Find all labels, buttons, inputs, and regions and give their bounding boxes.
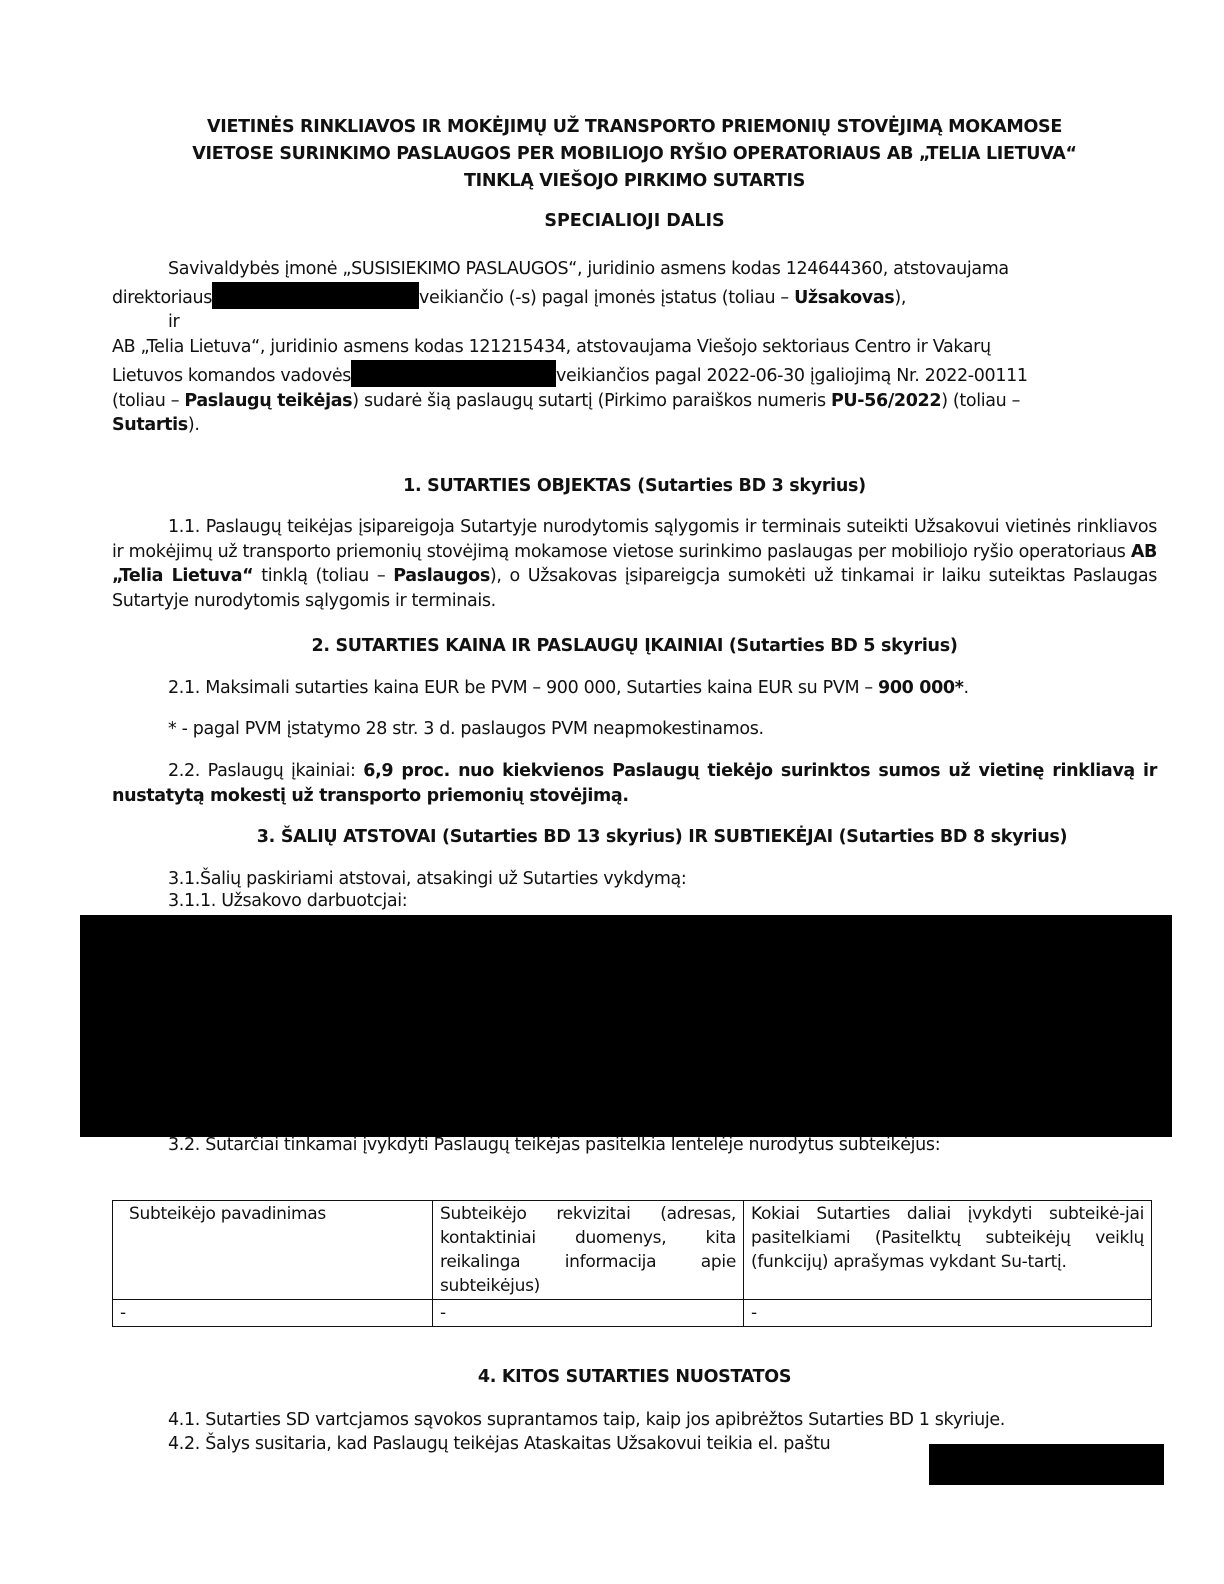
buyer-label: Užsakovas (794, 288, 894, 308)
title-line: TINKLĄ VIEŠOJO PIRKIMO SUTARTIS (112, 168, 1157, 195)
section-2-heading: 2. SUTARTIES KAINA IR PASLAUGŲ ĮKAINIAI … (112, 634, 1157, 658)
parties-line-1: Savivaldybės įmonė „SUSISIEKIMO PASLAUGO… (112, 257, 1157, 282)
title-line: VIETINĖS RINKLIAVOS IR MOKĖJIMŲ UŽ TRANS… (112, 114, 1157, 141)
table-cell: - (113, 1300, 433, 1327)
section-4-heading: 4. KITOS SUTARTIES NUOSTATOS (112, 1365, 1157, 1389)
section-3-2-paragraph: 3.2. Sutarčiai tinkamai įvykdyti Paslaug… (112, 1133, 1157, 1158)
section-2-1-paragraph: 2.1. Maksimali sutarties kaina EUR be PV… (168, 676, 969, 701)
table-header-cell: Kokiai Sutarties daliai įvykdyti subteik… (744, 1201, 1152, 1300)
conjunction: ir (112, 310, 1157, 335)
contract-label: Sutartis (112, 415, 188, 435)
parties-paragraph: Savivaldybės įmonė „SUSISIEKIMO PASLAUGO… (112, 257, 1157, 438)
provider-label: Paslaugų teikėjas (184, 391, 352, 411)
section-1-heading: 1. SUTARTIES OBJEKTAS (Sutarties BD 3 sk… (112, 474, 1157, 498)
table-cell: - (744, 1300, 1152, 1327)
parties-line-6: Sutartis). (112, 413, 1157, 438)
table-header-cell: Subteikėjo pavadinimas (113, 1201, 433, 1300)
section-3-heading: 3. ŠALIŲ ATSTOVAI (Sutarties BD 13 skyri… (112, 825, 1212, 849)
section-2-2-paragraph: 2.2. Paslaugų įkainiai: 6,9 proc. nuo ki… (112, 759, 1157, 808)
document-title: VIETINĖS RINKLIAVOS IR MOKĖJIMŲ UŽ TRANS… (112, 114, 1157, 195)
redaction-box (80, 915, 1172, 1137)
section-3-1-1-paragraph: 3.1.1. Užsakovo darbuotcjai: (168, 889, 407, 914)
parties-line-5: (toliau – Paslaugų teikėjas) sudarė šią … (112, 389, 1157, 414)
parties-line-4: Lietuvos komandos vadovėsveikiančios pag… (112, 360, 1157, 389)
redaction-box (212, 282, 419, 309)
table-header-cell: Subteikėjo rekvizitai (adresas, kontakti… (433, 1201, 744, 1300)
subcontractor-table: Subteikėjo pavadinimas Subteikėjo rekviz… (112, 1200, 1152, 1327)
section-3-1-paragraph: 3.1.Šalių paskiriami atstovai, atsakingi… (168, 867, 686, 892)
document-subtitle: SPECIALIOJI DALIS (112, 209, 1157, 233)
section-4-2-paragraph: 4.2. Šalys susitaria, kad Paslaugų teikė… (168, 1432, 830, 1457)
title-line: VIETOSE SURINKIMO PASLAUGOS PER MOBILIOJ… (112, 141, 1157, 168)
table-cell: - (433, 1300, 744, 1327)
application-number: PU-56/2022 (831, 391, 941, 411)
max-price: 900 000* (878, 678, 964, 698)
table-row: - - - (113, 1300, 1152, 1327)
redaction-box (929, 1444, 1164, 1485)
redaction-box (351, 360, 556, 387)
parties-line-3: AB „Telia Lietuva“, juridinio asmens kod… (112, 335, 1157, 360)
section-4-1-paragraph: 4.1. Sutarties SD vartcjamos sąvokos sup… (168, 1408, 1005, 1433)
vat-footnote: * - pagal PVM įstatymo 28 str. 3 d. pasl… (168, 717, 764, 742)
parties-line-2: direktoriausveikiančio (-s) pagal įmonės… (112, 282, 1157, 311)
table-header-row: Subteikėjo pavadinimas Subteikėjo rekviz… (113, 1201, 1152, 1300)
section-1-paragraph: 1.1. Paslaugų teikėjas įsipareigoja Suta… (112, 515, 1157, 614)
